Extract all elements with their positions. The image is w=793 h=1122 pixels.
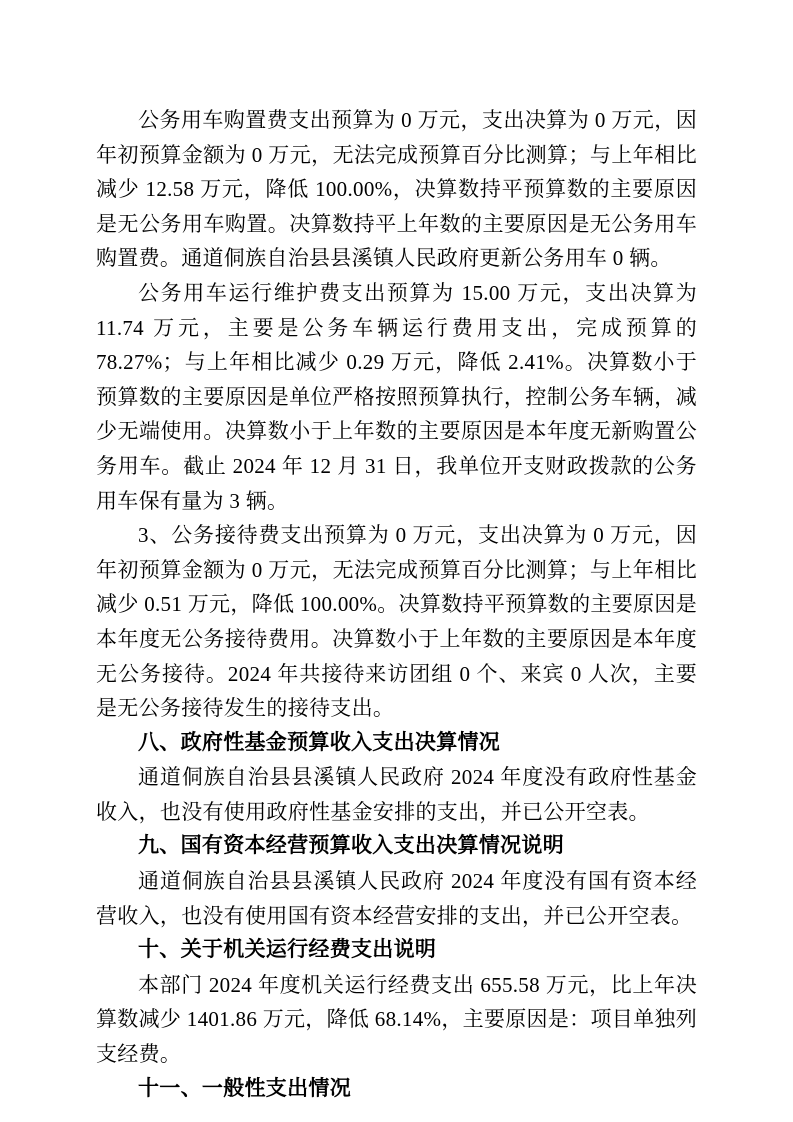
paragraph-official-vehicle-maintenance: 公务用车运行维护费支出预算为 15.00 万元，支出决算为 11.74 万元，主… (96, 276, 697, 518)
heading-section-nine-state-capital: 九、国有资本经营预算收入支出决算情况说明 (96, 829, 697, 864)
paragraph-state-capital: 通道侗族自治县县溪镇人民政府 2024 年度没有国有资本经营收入，也没有使用国有… (96, 864, 697, 933)
paragraph-government-fund: 通道侗族自治县县溪镇人民政府 2024 年度没有政府性基金收入，也没有使用政府性… (96, 760, 697, 829)
document-content: 公务用车购置费支出预算为 0 万元，支出决算为 0 万元，因年初预算金额为 0 … (96, 103, 697, 1106)
heading-section-ten-operating-expense: 十、关于机关运行经费支出说明 (96, 933, 697, 968)
paragraph-official-vehicle-purchase: 公务用车购置费支出预算为 0 万元，支出决算为 0 万元，因年初预算金额为 0 … (96, 103, 697, 276)
paragraph-official-reception: 3、公务接待费支出预算为 0 万元，支出决算为 0 万元，因年初预算金额为 0 … (96, 518, 697, 726)
heading-section-eight-government-fund: 八、政府性基金预算收入支出决算情况 (96, 726, 697, 761)
heading-section-eleven-general-expenditure: 十一、一般性支出情况 (96, 1072, 697, 1107)
document-page: 公务用车购置费支出预算为 0 万元，支出决算为 0 万元，因年初预算金额为 0 … (0, 0, 793, 1122)
paragraph-operating-expense: 本部门 2024 年度机关运行经费支出 655.58 万元，比上年决算数减少 1… (96, 968, 697, 1072)
